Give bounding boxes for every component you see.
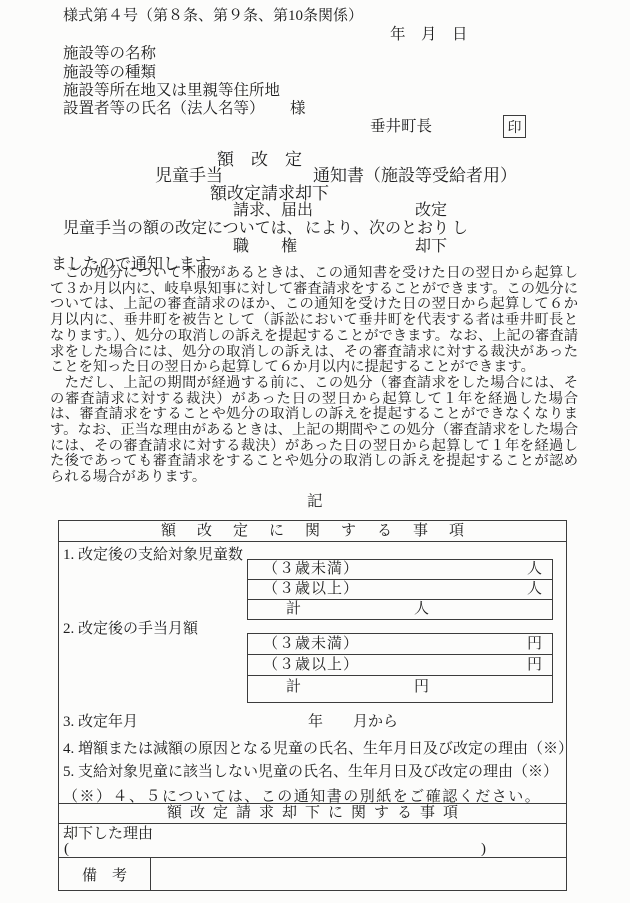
rejection-reason-row: 却下した理由 ( ) [59, 824, 566, 858]
facility-type-label: 施設等の種類 [63, 64, 156, 82]
ki-marker: 記 [307, 493, 323, 511]
amount-under3-label: （３歳未満） [263, 634, 359, 654]
monthly-amount-subtable: （３歳未満） 円 （３歳以上） 円 計 円 [247, 633, 553, 703]
honorific-sama: 様 [290, 100, 306, 118]
table-row: （３歳以上） 円 [248, 654, 552, 675]
table-row: 計 円 [248, 675, 552, 702]
intro-stack2-bottom: 却下 [415, 238, 447, 256]
amount-total-unit: 円 [414, 676, 429, 698]
title-suffix: 通知書（施設等受給者用） [313, 166, 517, 186]
intro-line-start: 児童手当の額の改定については、 [63, 220, 303, 238]
table-section1-header: 額改定に関する事項 [59, 521, 566, 542]
form-number: 様式第４号（第８条、第９条、第10条関係） [63, 8, 363, 25]
paren-close: ) [481, 841, 486, 858]
date-line: 年 月 日 [390, 26, 468, 44]
founder-name-label: 設置者等の氏名（法人名等） [63, 100, 265, 118]
table-row: （３歳以上） 人 [248, 579, 552, 599]
table-row: （３歳未満） 円 [248, 634, 552, 654]
seal-character: 印 [508, 117, 522, 137]
intro-stack1-top: 請求、届出 [233, 202, 313, 220]
item3-value: 年 月から [308, 714, 398, 731]
intro-line-end: し [452, 220, 468, 238]
title-option-bottom: 額改定請求却下 [210, 184, 329, 204]
facility-name-label: 施設等の名称 [63, 45, 156, 63]
count-over3-label: （３歳以上） [263, 580, 359, 599]
count-total-unit: 人 [414, 600, 429, 619]
revision-details-table: 額改定に関する事項 1. 改定後の支給対象児童数 （３歳未満） 人 （３歳以上）… [58, 520, 567, 891]
asterisk-note: （※）４、５については、この通知書の別紙をご確認ください。 [63, 789, 541, 806]
count-under3-unit: 人 [527, 560, 543, 579]
remarks-label-cell: 備 考 [59, 858, 151, 890]
rejection-reason-label: 却下した理由 [63, 826, 153, 843]
intro-line-mid: により、次のとおり [305, 220, 449, 238]
amount-under3-unit: 円 [527, 634, 543, 654]
paren-open: ( [64, 841, 69, 858]
amount-total-label: 計 [286, 676, 301, 698]
table-section1-body: 1. 改定後の支給対象児童数 （３歳未満） 人 （３歳以上） 人 計 人 2. … [59, 542, 566, 804]
mayor-name: 垂井町長 [370, 118, 432, 136]
title-option-top: 額 改 定 [217, 150, 302, 170]
amount-over3-unit: 円 [527, 655, 543, 675]
count-over3-unit: 人 [527, 580, 543, 599]
item4-label: 4. 増額または減額の原因となる児童の氏名、生年月日及び改定の理由（※） [63, 741, 573, 758]
intro-stack1-bottom: 職 権 [233, 238, 297, 256]
seal-mark: 印 [503, 115, 526, 138]
facility-address-label: 施設等所在地又は里親等住所地 [63, 82, 280, 100]
remarks-row: 備 考 [59, 858, 566, 890]
count-total-label: 計 [286, 600, 301, 619]
item3-label: 3. 改定年月 [63, 714, 138, 731]
legal-notice-block: この処分について不服があるときは、この通知書を受けた日の翌日から起算して３か月以… [50, 266, 578, 486]
remarks-label: 備 考 [82, 864, 127, 885]
item2-label: 2. 改定後の手当月額 [63, 621, 198, 638]
child-count-subtable: （３歳未満） 人 （３歳以上） 人 計 人 [247, 559, 553, 620]
table-section2-header: 額改定請求却下に関する事項 [59, 804, 566, 824]
table-row: 計 人 [248, 599, 552, 619]
limitation-paragraph: ただし、上記の期間が経過する前に、この処分（審査請求をした場合には、その審査請求… [50, 376, 578, 486]
count-under3-label: （３歳未満） [263, 560, 359, 579]
item1-label: 1. 改定後の支給対象児童数 [63, 547, 243, 564]
table-row: （３歳未満） 人 [248, 560, 552, 579]
amount-over3-label: （３歳以上） [263, 655, 359, 675]
notification-document-page: 様式第４号（第８条、第９条、第10条関係） 年 月 日 施設等の名称 施設等の種… [0, 0, 630, 903]
intro-stack2-top: 改定 [415, 202, 447, 220]
title-prefix: 児童手当 [155, 166, 223, 186]
item5-label: 5. 支給対象児童に該当しない児童の氏名、生年月日及び改定の理由（※） [63, 764, 558, 781]
appeal-paragraph: この処分について不服があるときは、この通知書を受けた日の翌日から起算して３か月以… [50, 266, 578, 376]
